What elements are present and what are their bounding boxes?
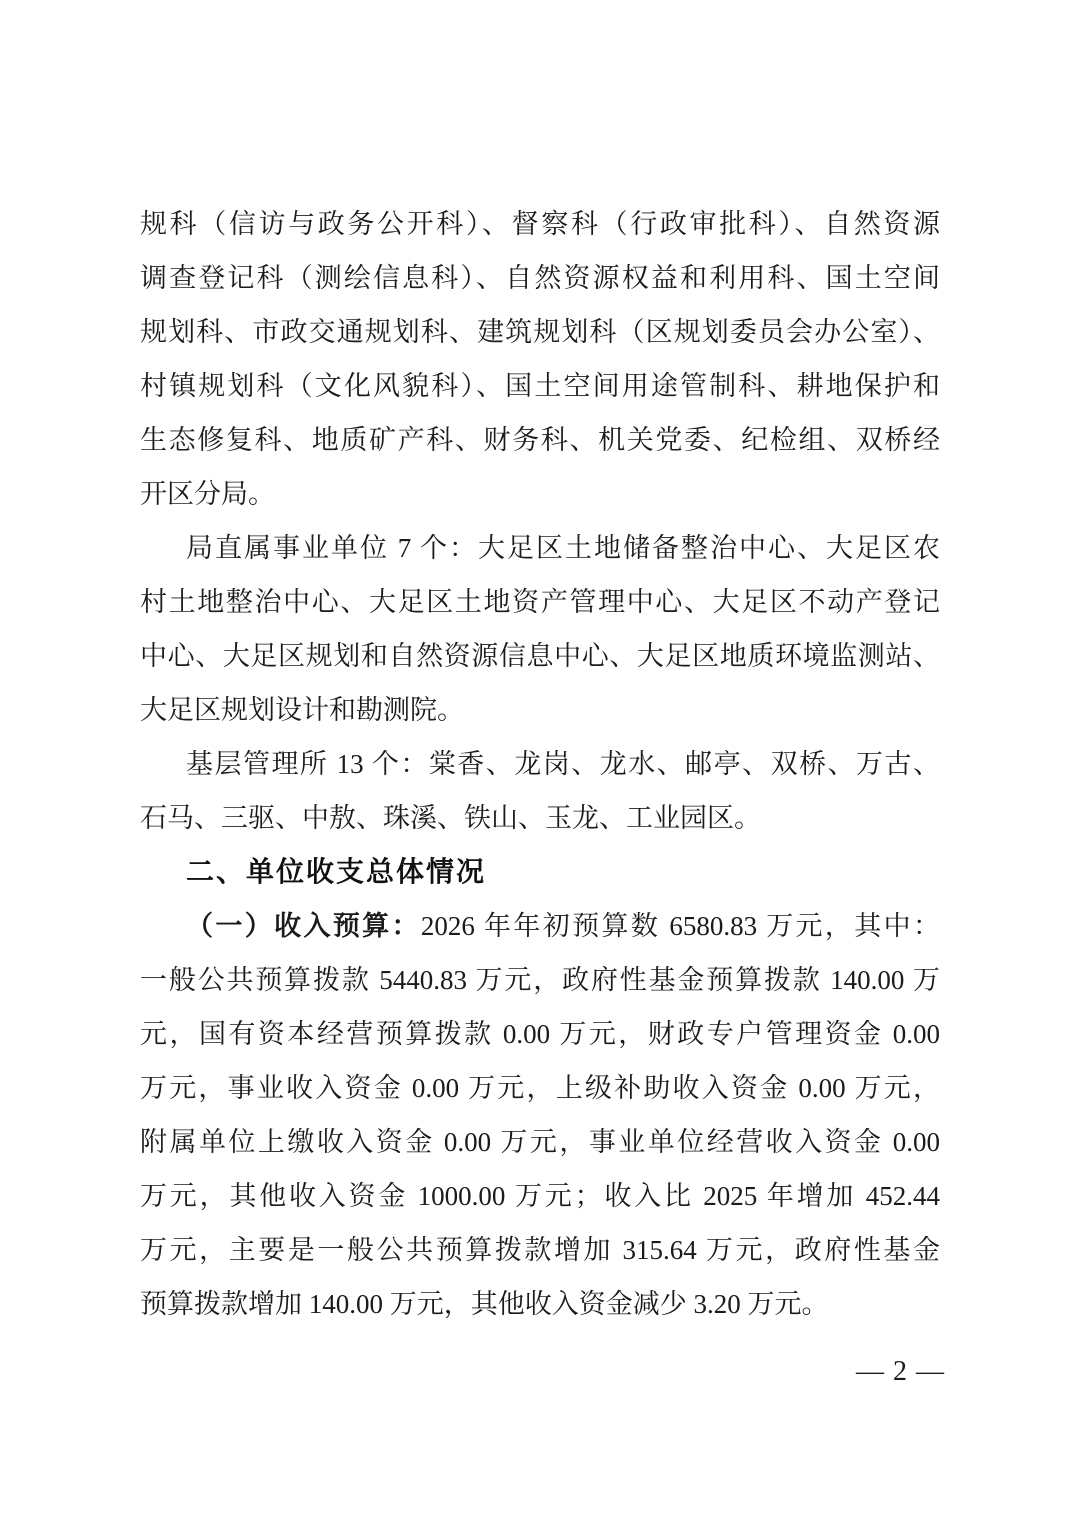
bold-lead-in: （一）收入预算：: [186, 911, 421, 941]
text-line: 中心、大足区规划和自然资源信息中心、大足区地质环境监测站、: [140, 629, 940, 683]
text-line: 局直属事业单位 7 个：大足区土地储备整治中心、大足区农: [140, 521, 940, 575]
text-line: 万元，其他收入资金 1000.00 万元；收入比 2025 年增加 452.44: [140, 1169, 940, 1223]
document-body: 规科（信访与政务公开科）、督察科（行政审批科）、自然资源调查登记科（测绘信息科）…: [140, 197, 940, 1331]
paragraph: （一）收入预算：2026 年年初预算数 6580.83 万元，其中：一般公共预算…: [140, 899, 940, 1331]
document-page: 规科（信访与政务公开科）、督察科（行政审批科）、自然资源调查登记科（测绘信息科）…: [0, 0, 1074, 1520]
text-line: 万元，主要是一般公共预算拨款增加 315.64 万元，政府性基金: [140, 1223, 940, 1277]
text-line: （一）收入预算：2026 年年初预算数 6580.83 万元，其中：: [140, 899, 940, 953]
text-line: 村镇规划科（文化风貌科）、国土空间用途管制科、耕地保护和: [140, 359, 940, 413]
text-line: 一般公共预算拨款 5440.83 万元，政府性基金预算拨款 140.00 万: [140, 953, 940, 1007]
text-line: 村土地整治中心、大足区土地资产管理中心、大足区不动产登记: [140, 575, 940, 629]
text-line: 规科（信访与政务公开科）、督察科（行政审批科）、自然资源: [140, 197, 940, 251]
text-line: 调查登记科（测绘信息科）、自然资源权益和利用科、国土空间: [140, 251, 940, 305]
text-line: 生态修复科、地质矿产科、财务科、机关党委、纪检组、双桥经: [140, 413, 940, 467]
text-line: 基层管理所 13 个：棠香、龙岗、龙水、邮亭、双桥、万古、: [140, 737, 940, 791]
section-heading: 二、单位收支总体情况: [140, 845, 940, 899]
text-line: 万元，事业收入资金 0.00 万元，上级补助收入资金 0.00 万元，: [140, 1061, 940, 1115]
paragraph: 局直属事业单位 7 个：大足区土地储备整治中心、大足区农村土地整治中心、大足区土…: [140, 521, 940, 737]
text-line: 石马、三驱、中敖、珠溪、铁山、玉龙、工业园区。: [140, 791, 940, 845]
page-number: — 2 —: [856, 1352, 945, 1392]
text-line: 大足区规划设计和勘测院。: [140, 683, 940, 737]
text-line: 附属单位上缴收入资金 0.00 万元，事业单位经营收入资金 0.00: [140, 1115, 940, 1169]
text-line: 元，国有资本经营预算拨款 0.00 万元，财政专户管理资金 0.00: [140, 1007, 940, 1061]
text-line: 开区分局。: [140, 467, 940, 521]
paragraph: 基层管理所 13 个：棠香、龙岗、龙水、邮亭、双桥、万古、石马、三驱、中敖、珠溪…: [140, 737, 940, 845]
paragraph: 规科（信访与政务公开科）、督察科（行政审批科）、自然资源调查登记科（测绘信息科）…: [140, 197, 940, 521]
text-line: 规划科、市政交通规划科、建筑规划科（区规划委员会办公室）、: [140, 305, 940, 359]
text-line: 预算拨款增加 140.00 万元，其他收入资金减少 3.20 万元。: [140, 1277, 940, 1331]
heading-line: 二、单位收支总体情况: [140, 845, 940, 899]
